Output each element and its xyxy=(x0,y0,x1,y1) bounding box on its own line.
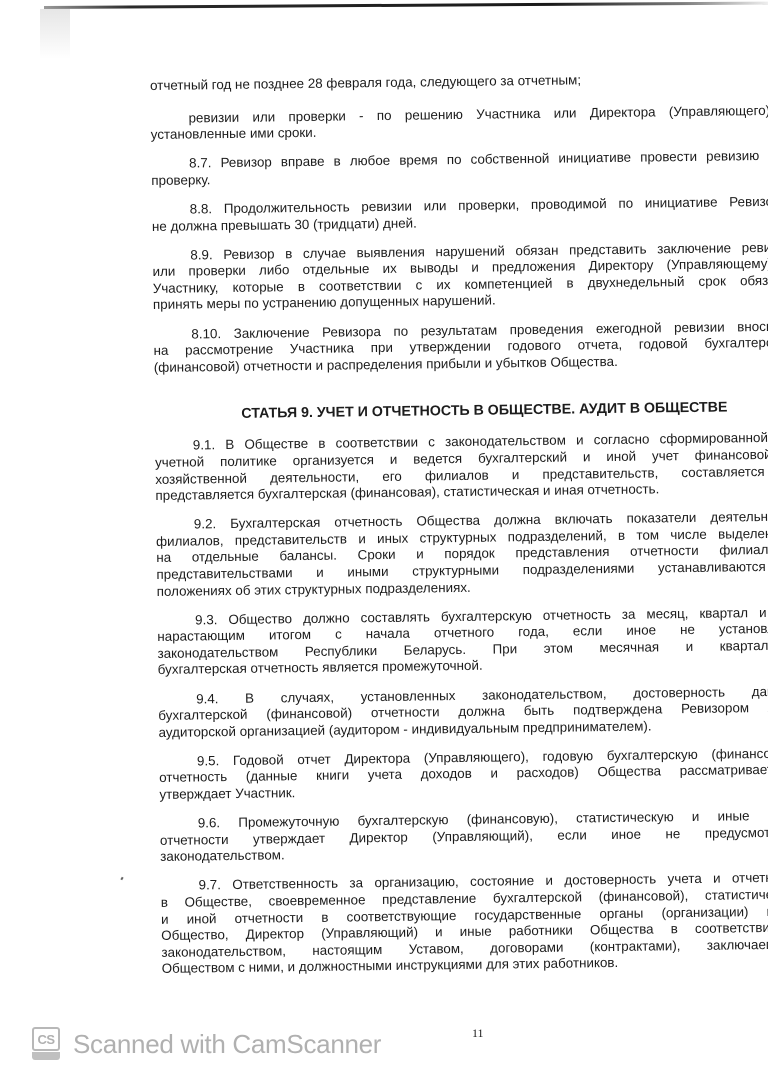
paragraph-9-1: 9.1. В Обществе в соответствии с законод… xyxy=(155,430,768,505)
article-9-heading: СТАТЬЯ 9. УЧЕТ И ОТЧЕТНОСТЬ В ОБЩЕСТВЕ. … xyxy=(154,398,768,424)
paragraph-8-7: 8.7. Ревизор вправе в любое время по соб… xyxy=(151,148,768,190)
document-page: отчетный год не позднее 28 февраля года,… xyxy=(150,70,768,991)
camscanner-watermark: CS Scanned with CamScanner xyxy=(32,1027,381,1061)
camscanner-logo-icon: CS xyxy=(32,1027,64,1061)
paragraph-revision-schedule: ревизии или проверки - по решению Участн… xyxy=(150,102,768,144)
text-line: отчетный год не позднее 28 февраля года,… xyxy=(150,70,768,95)
scan-page-corner-shadow xyxy=(40,9,70,59)
paragraph-9-5: 9.5. Годовой отчет Директора (Управляюще… xyxy=(159,745,768,803)
page-number: 11 xyxy=(472,1026,484,1041)
paragraph-8-8: 8.8. Продолжительность ревизии или прове… xyxy=(152,194,768,236)
scan-page-edge xyxy=(44,2,768,9)
paragraph-9-2: 9.2. Бухгалтерская отчетность Общества д… xyxy=(156,509,768,600)
paragraph-9-4: 9.4. В случаях, установленных законодате… xyxy=(158,683,768,741)
paragraph-9-7: 9.7. Ответственность за организацию, сос… xyxy=(160,870,768,978)
watermark-text: Scanned with CamScanner xyxy=(73,1029,381,1060)
paragraph-9-6: 9.6. Промежуточную бухгалтерскую (финанс… xyxy=(160,808,768,866)
paragraph-9-3: 9.3. Общество должно составлять бухгалте… xyxy=(157,604,768,679)
scan-speck xyxy=(120,877,123,881)
paragraph-8-10: 8.10. Заключение Ревизора по результатам… xyxy=(153,318,768,376)
continuation-line: отчетный год не позднее 28 февраля года,… xyxy=(150,70,768,95)
paragraph-8-9: 8.9. Ревизор в случае выявления нарушени… xyxy=(152,239,768,314)
camscanner-logo-box: CS xyxy=(32,1027,60,1051)
camscanner-logo-bar xyxy=(32,1052,60,1060)
